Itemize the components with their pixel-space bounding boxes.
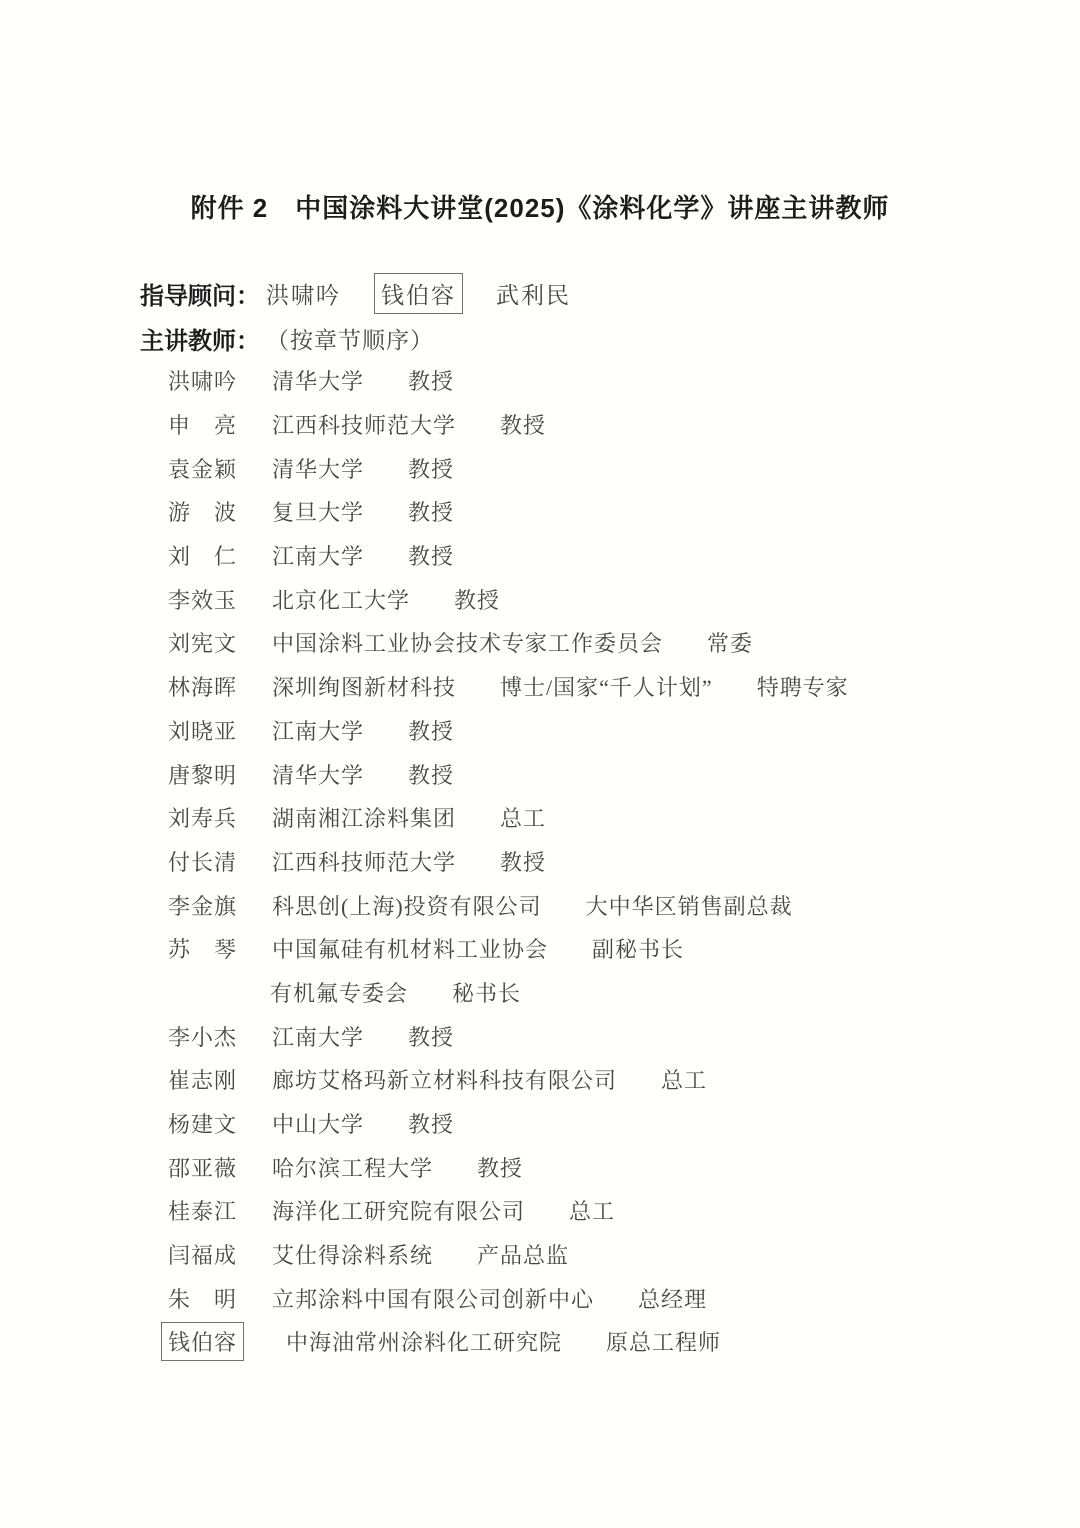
lecturer-org: 江南大学 (272, 1021, 364, 1052)
lecturer-title: 教授 (408, 496, 454, 527)
lecturer-row: 桂泰江海洋化工研究院有限公司总工 (168, 1189, 1048, 1233)
lecturer-org: 清华大学 (272, 365, 364, 396)
lecturer-title: 教授 (408, 453, 454, 484)
lecturer-title: 教授 (408, 1108, 454, 1139)
lecturer-name: 唐黎明 (168, 759, 237, 790)
lecturer-name: 林海晖 (168, 671, 237, 702)
lecturer-name: 袁金颖 (168, 453, 237, 484)
lecturer-org: 复旦大学 (272, 496, 364, 527)
lecturer-org: 江西科技师范大学 (272, 409, 456, 440)
lecturers-label: 主讲教师： (140, 321, 260, 356)
lecturer-row: 刘宪文中国涂料工业协会技术专家工作委员会常委 (168, 621, 1048, 665)
lecturer-org: 中国涂料工业协会技术专家工作委员会 (272, 627, 663, 658)
lecturer-row: 刘 仁江南大学教授 (168, 534, 1048, 578)
lecturer-title: 教授 (408, 715, 454, 746)
lecturer-name: 苏 琴 (168, 933, 237, 964)
lecturer-org: 中海油常州涂料化工研究院 (286, 1326, 562, 1357)
lecturer-row: 杨建文中山大学教授 (168, 1102, 1048, 1146)
lecturer-row: 邵亚薇哈尔滨工程大学教授 (168, 1145, 1048, 1189)
lecturer-org: 艾仕得涂料系统 (272, 1239, 433, 1270)
lecturer-row: 袁金颖清华大学教授 (168, 446, 1048, 490)
lecturers-heading-line: 主讲教师： （按章节顺序） (140, 318, 434, 358)
lecturer-org: 海洋化工研究院有限公司 (272, 1195, 525, 1226)
lecturer-org: 中国氟硅有机材料工业协会 (272, 933, 548, 964)
lecturer-name: 李金旗 (168, 890, 237, 921)
lecturer-title: 常委 (707, 627, 753, 658)
lecturer-name: 杨建文 (168, 1108, 237, 1139)
lecturer-row: 朱 明立邦涂料中国有限公司创新中心总经理 (168, 1276, 1048, 1320)
lecturer-org: 科思创(上海)投资有限公司 (272, 890, 542, 921)
lecturer-org: 立邦涂料中国有限公司创新中心 (272, 1283, 594, 1314)
lecturer-org: 深圳绚图新材科技 (272, 671, 456, 702)
lecturer-row: 有机氟专委会秘书长 (168, 971, 1048, 1015)
page-title: 附件 2 中国涂料大讲堂(2025)《涂料化学》讲座主讲教师 (0, 188, 1080, 225)
lecturer-name: 钱伯容 (161, 1322, 244, 1361)
lecturer-title: 总工 (661, 1064, 707, 1095)
lecturer-org: 江西科技师范大学 (272, 846, 456, 877)
lecturer-title: 教授 (500, 846, 546, 877)
lecturer-title: 教授 (477, 1152, 523, 1183)
lecturer-row: 崔志刚廊坊艾格玛新立材料科技有限公司总工 (168, 1058, 1048, 1102)
lecturer-extra: 特聘专家 (757, 671, 849, 702)
lecturer-row: 唐黎明清华大学教授 (168, 752, 1048, 796)
lecturer-name: 崔志刚 (168, 1064, 237, 1095)
lecturer-title: 总工 (500, 802, 546, 833)
lecturer-title: 教授 (408, 1021, 454, 1052)
advisor-names-group: 洪啸吟钱伯容武利民 (266, 273, 604, 314)
lecturer-org: 清华大学 (272, 453, 364, 484)
lecturer-org: 湖南湘江涂料集团 (272, 802, 456, 833)
lecturer-row: 刘晓亚江南大学教授 (168, 709, 1048, 753)
lecturer-title: 教授 (408, 759, 454, 790)
lecturer-list: 洪啸吟清华大学教授申 亮江西科技师范大学教授袁金颖清华大学教授游 波复旦大学教授… (168, 359, 1048, 1364)
lecturer-title: 教授 (500, 409, 546, 440)
lecturer-name: 朱 明 (168, 1283, 237, 1314)
lecturer-name: 游 波 (168, 496, 237, 527)
lecturer-org: 哈尔滨工程大学 (272, 1152, 433, 1183)
lecturer-row: 申 亮江西科技师范大学教授 (168, 403, 1048, 447)
lecturer-name: 刘宪文 (168, 627, 237, 658)
lecturer-org: 清华大学 (272, 759, 364, 790)
lecturer-title: 秘书长 (452, 977, 521, 1008)
lecturer-row: 林海晖深圳绚图新材科技博士/国家“千人计划”特聘专家 (168, 665, 1048, 709)
lecturer-row: 洪啸吟清华大学教授 (168, 359, 1048, 403)
lecturer-org: 北京化工大学 (272, 584, 410, 615)
lecturer-title: 大中华区销售副总裁 (586, 890, 793, 921)
lecturer-row: 付长清江西科技师范大学教授 (168, 840, 1048, 884)
lecturer-title: 博士/国家“千人计划” (500, 671, 713, 702)
lecturers-order-note: （按章节顺序） (266, 322, 434, 355)
lecturer-name: 李小杰 (168, 1021, 237, 1052)
lecturer-row: 闫福成艾仕得涂料系统产品总监 (168, 1233, 1048, 1277)
lecturer-name: 刘 仁 (168, 540, 237, 571)
lecturer-org: 中山大学 (272, 1108, 364, 1139)
lecturer-org: 有机氟专委会 (270, 977, 408, 1008)
lecturer-title: 副秘书长 (592, 933, 684, 964)
lecturer-row: 刘寿兵湖南湘江涂料集团总工 (168, 796, 1048, 840)
lecturer-title: 教授 (408, 540, 454, 571)
lecturer-row: 李金旗科思创(上海)投资有限公司大中华区销售副总裁 (168, 883, 1048, 927)
lecturer-name: 刘寿兵 (168, 802, 237, 833)
advisors-line: 指导顾问： 洪啸吟钱伯容武利民 (140, 273, 604, 313)
lecturer-title: 产品总监 (477, 1239, 569, 1270)
lecturer-title: 总经理 (638, 1283, 707, 1314)
lecturer-name: 刘晓亚 (168, 715, 237, 746)
advisor-name: 钱伯容 (374, 273, 463, 314)
lecturer-title: 教授 (454, 584, 500, 615)
lecturer-name: 闫福成 (168, 1239, 237, 1270)
lecturer-title: 原总工程师 (606, 1326, 721, 1357)
lecturer-org: 江南大学 (272, 540, 364, 571)
lecturer-row: 苏 琴中国氟硅有机材料工业协会副秘书长 (168, 927, 1048, 971)
lecturer-name: 李效玉 (168, 584, 237, 615)
document-page: 附件 2 中国涂料大讲堂(2025)《涂料化学》讲座主讲教师 指导顾问： 洪啸吟… (0, 0, 1080, 1528)
lecturer-name: 洪啸吟 (168, 365, 237, 396)
lecturer-org: 廊坊艾格玛新立材料科技有限公司 (272, 1064, 617, 1095)
lecturer-row: 李小杰江南大学教授 (168, 1014, 1048, 1058)
advisor-name: 洪啸吟 (266, 277, 341, 310)
lecturer-title: 教授 (408, 365, 454, 396)
lecturer-name: 付长清 (168, 846, 237, 877)
lecturer-name: 申 亮 (168, 409, 237, 440)
lecturer-row: 钱伯容中海油常州涂料化工研究院原总工程师 (168, 1320, 1048, 1364)
advisors-label: 指导顾问： (140, 276, 260, 311)
lecturer-title: 总工 (569, 1195, 615, 1226)
lecturer-row: 游 波复旦大学教授 (168, 490, 1048, 534)
lecturer-name: 邵亚薇 (168, 1152, 237, 1183)
lecturer-org: 江南大学 (272, 715, 364, 746)
advisor-name: 武利民 (496, 277, 571, 310)
lecturer-row: 李效玉北京化工大学教授 (168, 577, 1048, 621)
lecturer-name: 桂泰江 (168, 1195, 237, 1226)
